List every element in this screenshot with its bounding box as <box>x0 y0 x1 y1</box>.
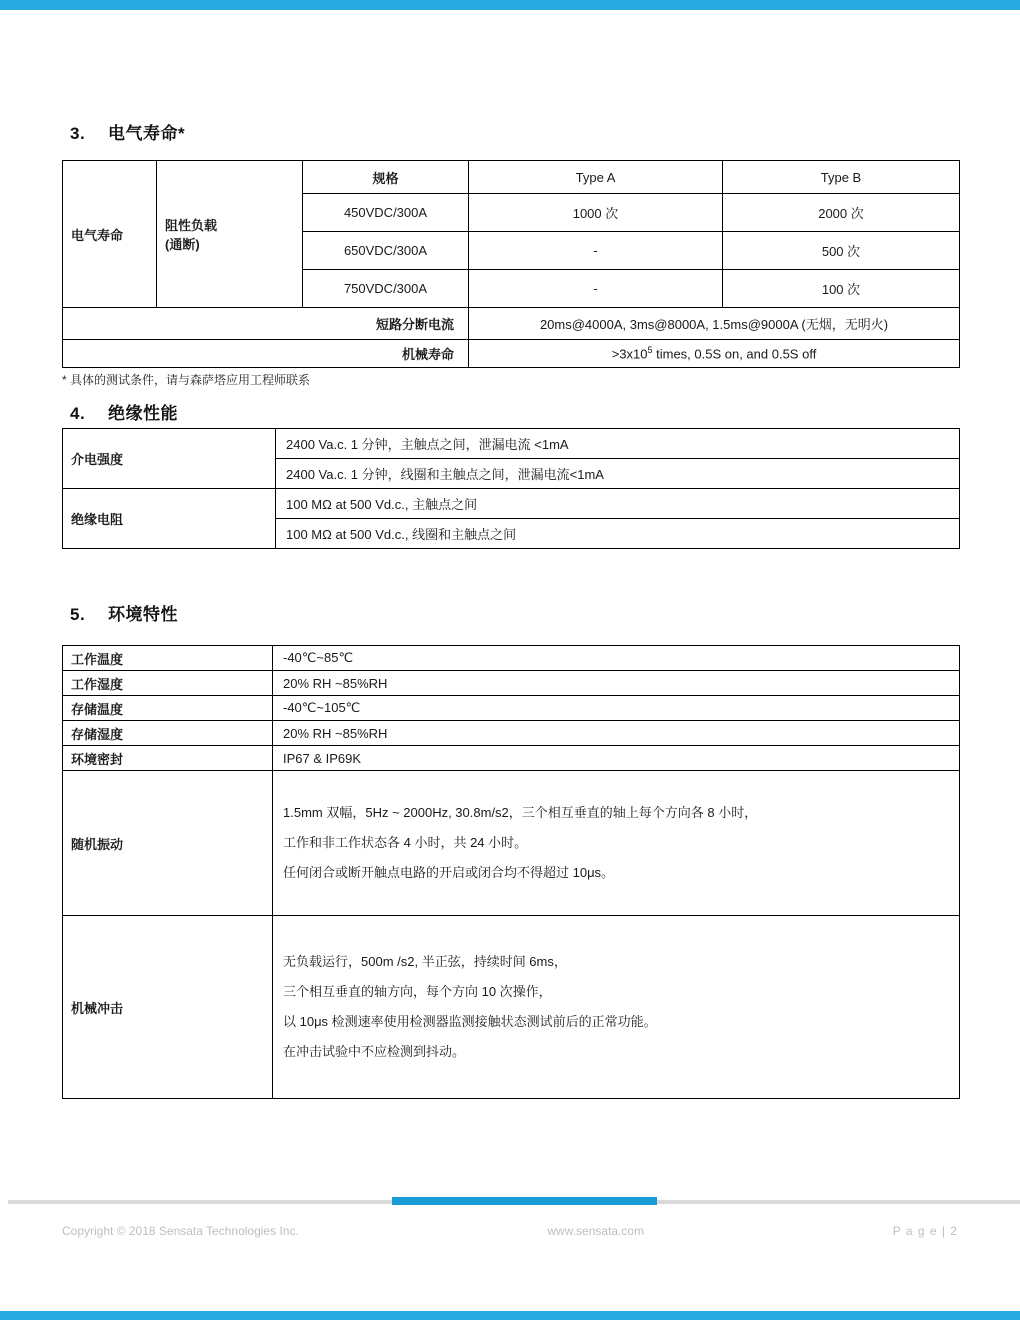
insulation-table: 介电强度 2400 Va.c. 1 分钟，主触点之间，泄漏电流 <1mA 240… <box>62 428 960 549</box>
section-4-title: 绝缘性能 <box>108 404 178 423</box>
table-row: 存储湿度 20% RH ~85%RH <box>63 721 960 746</box>
load-label-line1: 阻性负载 <box>165 215 296 234</box>
load-label-line2: (通断) <box>165 234 296 253</box>
shock-line: 无负载运行，500m /s2, 半正弦，持续时间 6ms， <box>283 947 953 977</box>
resistance-value-cell: 100 MΩ at 500 Vd.c., 主触点之间 <box>276 489 960 519</box>
resistance-label-cell: 绝缘电阻 <box>63 489 276 549</box>
type-b-header-cell: Type B <box>723 161 960 194</box>
load-label-cell: 阻性负载 (通断) <box>157 161 303 308</box>
env-label-cell: 存储温度 <box>63 696 273 721</box>
page-footer: Copyright © 2018 Sensata Technologies In… <box>62 1224 958 1238</box>
type-b-cell: 500 次 <box>723 232 960 270</box>
env-value-cell: IP67 & IP69K <box>273 746 960 771</box>
website-link: www.sensata.com <box>547 1224 644 1238</box>
table-row: 随机振动 1.5mm 双幅，5Hz ~ 2000Hz, 30.8m/s2，三个相… <box>63 771 960 916</box>
footer-divider-accent <box>392 1197 657 1205</box>
vibration-line: 工作和非工作状态各 4 小时，共 24 小时。 <box>283 828 953 858</box>
section-5-heading: 5.环境特性 <box>70 600 178 625</box>
environment-table: 工作温度 -40℃~85℃ 工作湿度 20% RH ~85%RH 存储温度 -4… <box>62 645 960 1099</box>
type-a-cell: - <box>469 232 723 270</box>
spec-cell: 450VDC/300A <box>303 194 469 232</box>
mechanical-life-value-cell: >3x105 times, 0.5S on, and 0.5S off <box>469 340 960 368</box>
section-5-number: 5. <box>70 605 108 625</box>
vibration-line: 1.5mm 双幅，5Hz ~ 2000Hz, 30.8m/s2，三个相互垂直的轴… <box>283 798 953 828</box>
section-3-number: 3. <box>70 124 108 144</box>
table-row: 短路分断电流 20ms@4000A, 3ms@8000A, 1.5ms@9000… <box>63 308 960 340</box>
mechanical-life-label-cell: 机械寿命 <box>63 340 469 368</box>
dielectric-label-cell: 介电强度 <box>63 429 276 489</box>
table-row: 绝缘电阻 100 MΩ at 500 Vd.c., 主触点之间 <box>63 489 960 519</box>
table-row: 存储温度 -40℃~105℃ <box>63 696 960 721</box>
document-page: 3.电气寿命* 电气寿命 阻性负载 (通断) 规格 Type A Type B … <box>0 0 1020 1320</box>
shock-label-cell: 机械冲击 <box>63 916 273 1099</box>
table-row: 电气寿命 阻性负载 (通断) 规格 Type A Type B <box>63 161 960 194</box>
group-label-cell: 电气寿命 <box>63 161 157 308</box>
shock-value-cell: 无负载运行，500m /s2, 半正弦，持续时间 6ms， 三个相互垂直的轴方向… <box>273 916 960 1099</box>
table-row: 工作湿度 20% RH ~85%RH <box>63 671 960 696</box>
type-a-cell: 1000 次 <box>469 194 723 232</box>
vibration-label-cell: 随机振动 <box>63 771 273 916</box>
spec-cell: 650VDC/300A <box>303 232 469 270</box>
page-number: P a g e | 2 <box>893 1224 958 1238</box>
section-3-title: 电气寿命* <box>108 124 185 143</box>
dielectric-value-cell: 2400 Va.c. 1 分钟，线圈和主触点之间，泄漏电流<1mA <box>276 459 960 489</box>
top-accent-bar <box>0 0 1020 10</box>
table-row: 机械冲击 无负载运行，500m /s2, 半正弦，持续时间 6ms， 三个相互垂… <box>63 916 960 1099</box>
vibration-value-cell: 1.5mm 双幅，5Hz ~ 2000Hz, 30.8m/s2，三个相互垂直的轴… <box>273 771 960 916</box>
type-b-cell: 2000 次 <box>723 194 960 232</box>
section-4-heading: 4.绝缘性能 <box>70 399 178 424</box>
short-circuit-value-cell: 20ms@4000A, 3ms@8000A, 1.5ms@9000A (无烟，无… <box>469 308 960 340</box>
env-value-cell: 20% RH ~85%RH <box>273 671 960 696</box>
env-label-cell: 工作温度 <box>63 646 273 671</box>
resistance-value-cell: 100 MΩ at 500 Vd.c., 线圈和主触点之间 <box>276 519 960 549</box>
spec-header-cell: 规格 <box>303 161 469 194</box>
env-label-cell: 工作湿度 <box>63 671 273 696</box>
env-label-cell: 存储湿度 <box>63 721 273 746</box>
short-circuit-label-cell: 短路分断电流 <box>63 308 469 340</box>
spec-cell: 750VDC/300A <box>303 270 469 308</box>
dielectric-value-cell: 2400 Va.c. 1 分钟，主触点之间，泄漏电流 <1mA <box>276 429 960 459</box>
type-a-cell: - <box>469 270 723 308</box>
section-5-title: 环境特性 <box>108 605 178 624</box>
mech-life-suffix: times, 0.5S on, and 0.5S off <box>653 347 817 362</box>
table-row: 工作温度 -40℃~85℃ <box>63 646 960 671</box>
env-value-cell: 20% RH ~85%RH <box>273 721 960 746</box>
type-a-header-cell: Type A <box>469 161 723 194</box>
table-row: 机械寿命 >3x105 times, 0.5S on, and 0.5S off <box>63 340 960 368</box>
shock-line: 以 10μs 检测速率使用检测器监测接触状态测试前后的正常功能。 <box>283 1007 953 1037</box>
mech-life-prefix: >3x10 <box>612 347 648 362</box>
section-3-heading: 3.电气寿命* <box>70 119 185 144</box>
vibration-line: 任何闭合或断开触点电路的开启或闭合均不得超过 10μs。 <box>283 858 953 888</box>
shock-line: 三个相互垂直的轴方向，每个方向 10 次操作， <box>283 977 953 1007</box>
env-value-cell: -40℃~85℃ <box>273 646 960 671</box>
table-row: 环境密封 IP67 & IP69K <box>63 746 960 771</box>
shock-line: 在冲击试验中不应检测到抖动。 <box>283 1037 953 1067</box>
type-b-cell: 100 次 <box>723 270 960 308</box>
table-row: 介电强度 2400 Va.c. 1 分钟，主触点之间，泄漏电流 <1mA <box>63 429 960 459</box>
electrical-life-table: 电气寿命 阻性负载 (通断) 规格 Type A Type B 450VDC/3… <box>62 160 960 368</box>
bottom-accent-bar <box>0 1311 1020 1320</box>
env-label-cell: 环境密封 <box>63 746 273 771</box>
section-4-number: 4. <box>70 404 108 424</box>
test-condition-footnote: * 具体的测试条件，请与森萨塔应用工程师联系 <box>62 371 310 388</box>
env-value-cell: -40℃~105℃ <box>273 696 960 721</box>
copyright-text: Copyright © 2018 Sensata Technologies In… <box>62 1224 299 1238</box>
